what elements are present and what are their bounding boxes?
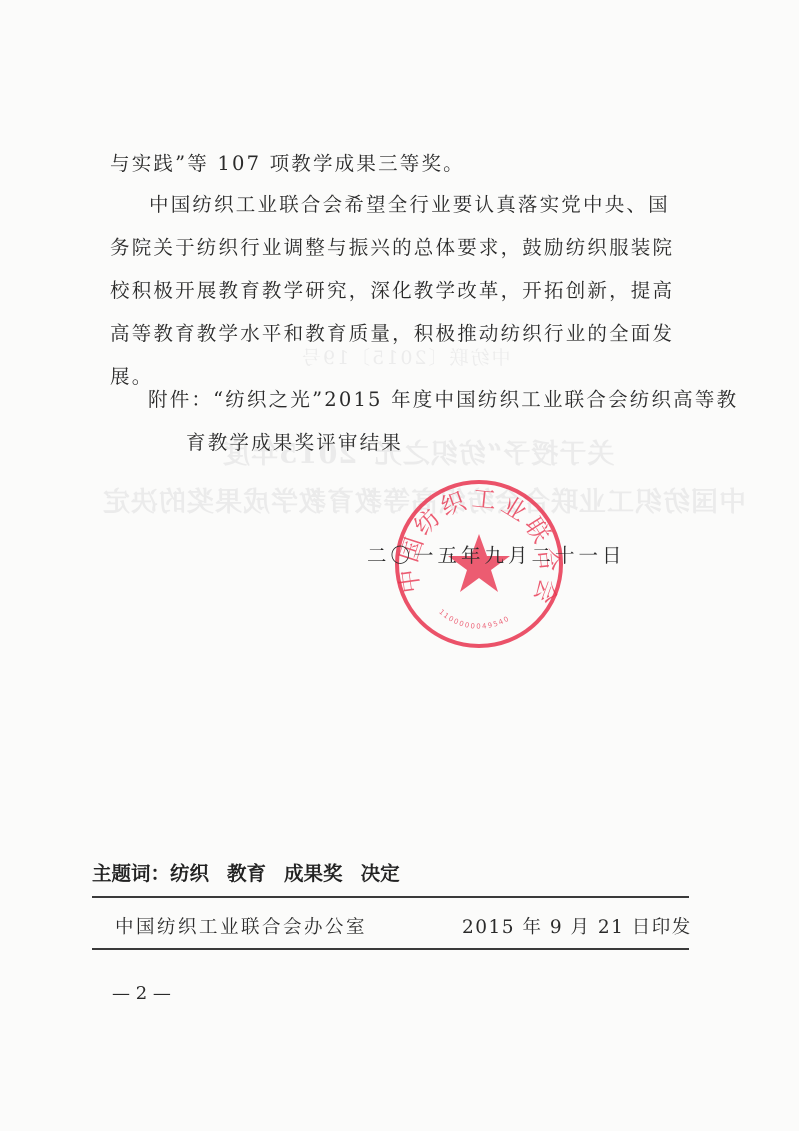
keyword: 教育: [227, 862, 266, 885]
subject-keywords: 主题词：纺织教育成果奖决定: [92, 858, 400, 886]
svg-text:1100000049540: 1100000049540: [437, 608, 511, 631]
issue-date: 2015 年 9 月 21 日印发: [462, 913, 692, 939]
body-paragraph: 中国纺织工业联合会希望全行业要认真落实党中央、国务院关于纺织行业调整与振兴的总体…: [110, 183, 690, 398]
keywords-label: 主题词：: [92, 862, 170, 885]
page-number: — 2 —: [112, 983, 171, 1004]
issuer-office: 中国纺织工业联合会办公室: [115, 913, 367, 939]
body-continuation-line: 与实践”等 107 项教学成果三等奖。: [110, 148, 465, 176]
footer-bottom-rule: [92, 948, 689, 950]
footer-top-rule: [92, 896, 689, 898]
keyword: 决定: [361, 862, 400, 885]
signature-date: 二〇一五年九月二十一日: [367, 540, 626, 568]
keyword: 纺织: [170, 862, 209, 885]
attachment-line-2: 育教学成果奖评审结果: [186, 427, 403, 455]
keyword: 成果奖: [284, 862, 343, 885]
attachment-line-1: 附件：“纺织之光”2015 年度中国纺织工业联合会纺织高等教: [148, 384, 738, 412]
